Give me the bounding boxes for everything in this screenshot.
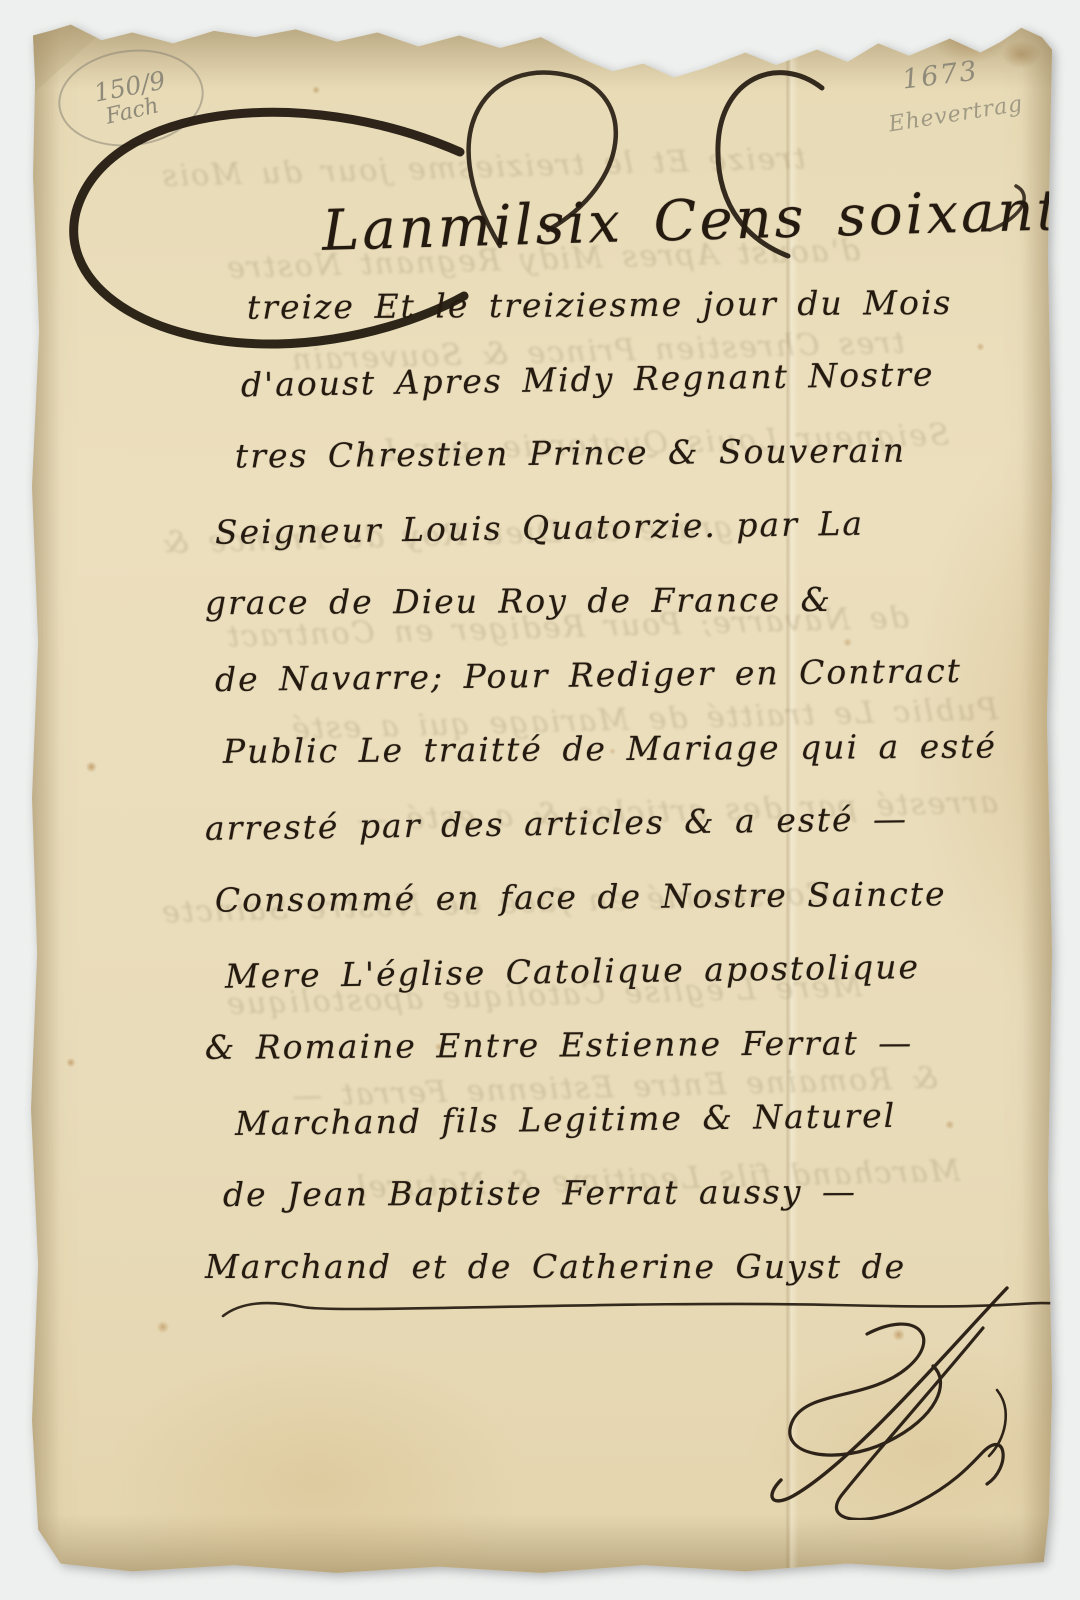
manuscript-body: treize Et le treiziesme jour du Moisd'ao… [205,274,1045,1310]
manuscript-line: Public Le traitté de Mariage qui a esté [223,715,1045,795]
manuscript-line: d'aoust Apres Midy Regnant Nostre [240,342,1045,429]
bleedthrough-line: treize Et le treiziesme jour du Mois [160,141,806,194]
manuscript-line: arresté par des articles & a esté — [205,786,1046,872]
paper-sheet-wrap: treize Et le treiziesme jour du Moisd'ao… [30,20,1052,1576]
manuscript-line: de Jean Baptiste Ferrat aussy — [223,1160,1045,1238]
archive-oval-annotation: 150/9 Fach [53,41,210,154]
manuscript-line: Mere L'église Catolique apostolique [225,934,1046,1019]
manuscript-line: & Romaine Entre Estienne Ferrat — [205,1011,1045,1091]
manuscript-line: Marchand et de Catherine Guyst de [205,1236,1045,1310]
archive-type-annotation: Ehevertrag [887,92,1025,138]
manuscript-line: Consommé en face de Nostre Saincte [215,862,1046,943]
archive-year-annotation: 1673 [900,55,980,95]
manuscript-scan: treize Et le treiziesme jour du Moisd'ao… [0,0,1080,1600]
manuscript-line: Marchand fils Legitime & Naturel [235,1083,1046,1167]
manuscript-line: de Navarre; Pour Rediger en Contract [215,639,1046,723]
manuscript-line: grace de Dieu Roy de France & [205,568,1045,646]
manuscript-line: tres Chrestien Prince & Souverain [235,418,1046,499]
manuscript-line: Seigneur Louis Quatorzie. par La [215,490,1046,576]
paper-sheet: treize Et le treiziesme jour du Moisd'ao… [30,20,1052,1576]
manuscript-line: treize Et le treiziesme jour du Mois [247,271,1045,351]
manuscript-heading: Lanmilsix Cens soixante [321,177,1080,264]
